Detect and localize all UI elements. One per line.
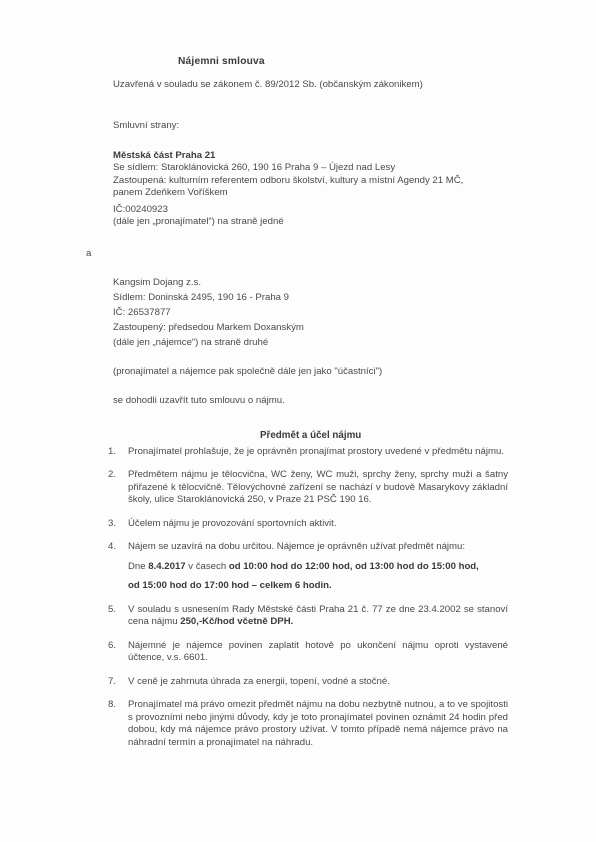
clause-item: 5. V souladu s usnesením Rady Městské čá… bbox=[108, 604, 508, 629]
clause-number: 5. bbox=[108, 604, 116, 616]
schedule-prefix: Dne bbox=[128, 561, 148, 572]
clause-item: 6. Nájemné je nájemce povinen zaplatit h… bbox=[108, 640, 508, 665]
lessee-represented: Zastoupený: předsedou Markem Doxanským bbox=[113, 320, 304, 335]
clause-item: 4. Nájem se uzavírá na dobu určitou. Náj… bbox=[108, 541, 508, 592]
lessor-seat: Se sídlem: Staroklánovická 260, 190 16 P… bbox=[113, 162, 463, 174]
lessor-alias: (dále jen „pronajímatel“) na straně jedn… bbox=[113, 216, 463, 228]
schedule-date: 8.4.2017 bbox=[148, 561, 185, 572]
clause-text: Pronajímatel má právo omezit předmět náj… bbox=[128, 699, 508, 747]
lessor-representative: panem Zdeňkem Voříškem bbox=[113, 187, 463, 199]
lessor-block: Městská část Praha 21 Se sídlem: Starokl… bbox=[113, 150, 463, 229]
schedule-times-total: od 15:00 hod do 17:00 hod – celkem 6 hod… bbox=[128, 580, 332, 591]
clause-text: Nájem se uzavírá na dobu určitou. Nájemc… bbox=[128, 541, 465, 552]
section-title: Předmět a účel nájmu bbox=[260, 430, 361, 443]
clause-text: Předmětem nájmu je tělocvična, WC ženy, … bbox=[128, 469, 508, 505]
rent-price: 250,-Kč/hod včetně DPH. bbox=[180, 616, 293, 627]
clause-item: 2. Předmětem nájmu je tělocvična, WC žen… bbox=[108, 469, 508, 506]
clause-number: 1. bbox=[108, 446, 116, 458]
clause-item: 1. Pronajímatel prohlašuje, že je oprávn… bbox=[108, 446, 508, 458]
legal-basis: Uzavřená v souladu se zákonem č. 89/2012… bbox=[113, 79, 423, 91]
joint-definition: (pronajímatel a nájemce pak společně dál… bbox=[113, 366, 382, 378]
lessee-seat: Sídlem: Doninská 2495, 190 16 - Praha 9 bbox=[113, 290, 304, 305]
rental-schedule: Dne 8.4.2017 v časech od 10:00 hod do 12… bbox=[128, 561, 508, 593]
clause-number: 4. bbox=[108, 541, 116, 553]
lessee-alias: (dále jen „nájemce“) na straně druhé bbox=[113, 335, 304, 350]
lessee-block: Kangsim Dojang z.s. Sídlem: Doninská 249… bbox=[113, 275, 304, 350]
document-title: Nájemni smlouva bbox=[178, 55, 265, 68]
clause-item: 3. Účelem nájmu je provozování sportovní… bbox=[108, 518, 508, 530]
clause-item: 8. Pronajímatel má právo omezit předmět … bbox=[108, 699, 508, 749]
clause-text: Nájemné je nájemce povinen zaplatit hoto… bbox=[128, 640, 508, 663]
agreement-statement: se dohodli uzavřít tuto smlouvu o nájmu. bbox=[113, 395, 285, 407]
schedule-times: od 10:00 hod do 12:00 hod, od 13:00 hod … bbox=[229, 561, 479, 572]
lessee-ic: IČ: 26537877 bbox=[113, 305, 304, 320]
clause-number: 6. bbox=[108, 640, 116, 652]
schedule-mid: v časech bbox=[186, 561, 229, 572]
lessor-represented: Zastoupená: kulturním referentem odboru … bbox=[113, 175, 463, 187]
lessor-ic: IČ:00240923 bbox=[113, 204, 463, 216]
clause-text: V ceně je zahrnuta úhrada za energii, to… bbox=[128, 676, 390, 687]
clause-number: 3. bbox=[108, 518, 116, 530]
clause-text: Účelem nájmu je provozování sportovních … bbox=[128, 518, 337, 529]
clause-number: 8. bbox=[108, 699, 116, 711]
lessor-name: Městská část Praha 21 bbox=[113, 150, 463, 162]
clause-list: 1. Pronajímatel prohlašuje, že je oprávn… bbox=[108, 446, 508, 760]
parties-label: Smluvní strany: bbox=[113, 120, 179, 132]
clause-number: 7. bbox=[108, 676, 116, 688]
clause-number: 2. bbox=[108, 469, 116, 481]
conjunction: a bbox=[86, 248, 91, 260]
lessee-name: Kangsim Dojang z.s. bbox=[113, 275, 304, 290]
clause-text: Pronajímatel prohlašuje, že je oprávněn … bbox=[128, 446, 504, 457]
clause-item: 7. V ceně je zahrnuta úhrada za energii,… bbox=[108, 676, 508, 688]
